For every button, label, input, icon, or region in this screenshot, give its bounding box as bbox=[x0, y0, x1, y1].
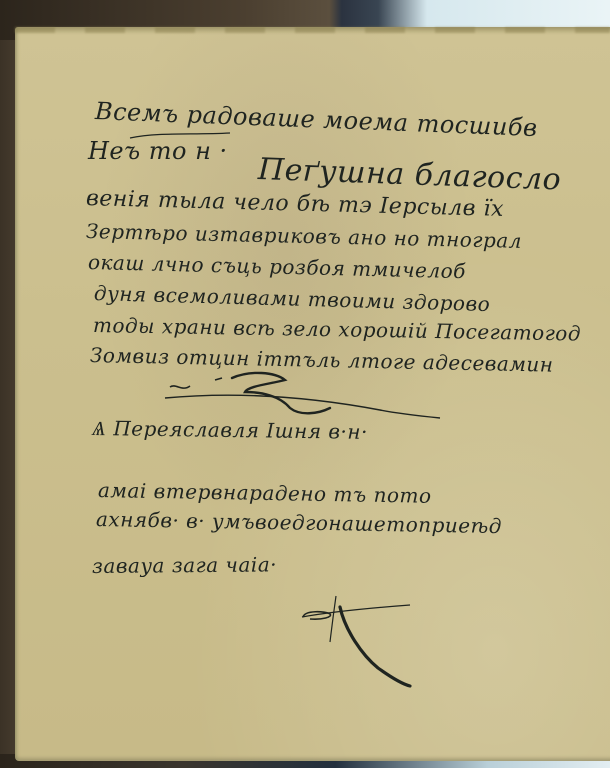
manuscript-line-12: завауа зага чаіа· bbox=[92, 552, 277, 578]
manuscript-line-9: Ѧ Переяславля Ішня в·н· bbox=[92, 416, 368, 445]
parchment-deckle-edge bbox=[15, 27, 610, 33]
manuscript-line-2: Неъ то н · bbox=[88, 137, 228, 165]
